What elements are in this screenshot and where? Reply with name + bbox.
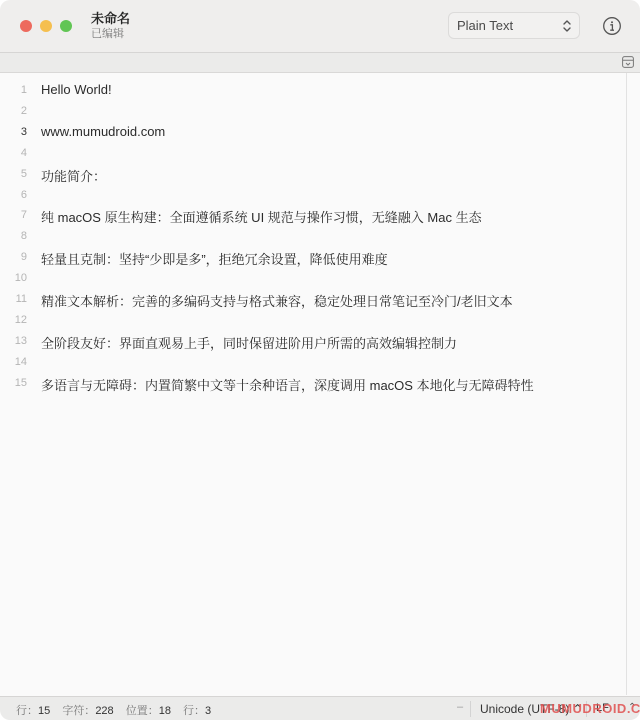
editor-line[interactable]: 6	[0, 185, 626, 206]
row-label: 行：	[183, 705, 205, 717]
editor-line[interactable]: 10	[0, 268, 626, 289]
editor-line[interactable]: 5功能简介：	[0, 164, 626, 185]
line-text: 精准文本解析：完善的多编码支持与格式兼容，稳定处理日常笔记至冷门/老旧文本	[41, 291, 513, 310]
format-select[interactable]: Plain Text	[448, 12, 580, 39]
editor-line[interactable]: 7纯 macOS 原生构建：全面遵循系统 UI 规范与操作习惯，无缝融入 Mac…	[0, 205, 626, 226]
line-text: 全阶段友好：界面直观易上手，同时保留进阶用户所需的高效编辑控制力	[41, 333, 457, 352]
line-text: 轻量且克制：坚持“少即是多”，拒绝冗余设置，降低使用难度	[41, 249, 388, 268]
editor-line[interactable]: 13全阶段友好：界面直观易上手，同时保留进阶用户所需的高效编辑控制力	[0, 331, 626, 352]
row-value: 3	[205, 705, 211, 717]
status-dash: –	[457, 701, 463, 713]
editor-line[interactable]: 2	[0, 101, 626, 122]
updown-chevron-icon	[562, 17, 572, 35]
editor-line[interactable]: 1Hello World!	[0, 80, 626, 101]
info-icon[interactable]	[602, 16, 622, 36]
document-status: 已编辑	[91, 27, 130, 41]
line-number: 10	[0, 272, 27, 284]
line-number: 1	[0, 84, 27, 96]
title-bar: 未命名 已编辑 Plain Text	[0, 0, 640, 53]
editor-line[interactable]: 11精准文本解析：完善的多编码支持与格式兼容，稳定处理日常笔记至冷门/老旧文本	[0, 289, 626, 310]
line-number: 11	[0, 293, 27, 305]
line-text: Hello World!	[41, 82, 112, 97]
line-number: 3	[0, 126, 27, 138]
position-value: 18	[159, 705, 171, 717]
close-button[interactable]	[20, 20, 32, 32]
line-number: 6	[0, 189, 27, 201]
traffic-lights	[20, 20, 72, 32]
line-text: 纯 macOS 原生构建：全面遵循系统 UI 规范与操作习惯，无缝融入 Mac …	[41, 207, 482, 226]
editor-line[interactable]: 15多语言与无障碍：内置简繁中文等十余种语言，深度调用 macOS 本地化与无障…	[0, 373, 626, 394]
line-number: 8	[0, 230, 27, 242]
line-number: 2	[0, 105, 27, 117]
lines-value: 15	[38, 705, 50, 717]
minimize-button[interactable]	[40, 20, 52, 32]
line-text: 多语言与无障碍：内置简繁中文等十余种语言，深度调用 macOS 本地化与无障碍特…	[41, 375, 534, 394]
document-title-block[interactable]: 未命名 已编辑	[91, 11, 130, 41]
chars-value: 228	[95, 705, 113, 717]
secondary-toolbar	[0, 53, 640, 73]
line-number: 5	[0, 168, 27, 180]
format-select-value: Plain Text	[457, 18, 513, 33]
zoom-button[interactable]	[60, 20, 72, 32]
text-editor-window: 未命名 已编辑 Plain Text 1Hello World!23www.mu…	[0, 0, 640, 720]
editor-line[interactable]: 8	[0, 226, 626, 247]
status-divider	[470, 701, 471, 717]
line-number: 4	[0, 147, 27, 159]
document-stats: 行：15 字符：228 位置：18 行：3	[16, 702, 220, 718]
chars-label: 字符：	[62, 705, 95, 717]
panel-toggle-icon[interactable]	[622, 56, 634, 68]
line-number: 14	[0, 356, 27, 368]
editor-line[interactable]: 3www.mumudroid.com	[0, 122, 626, 143]
watermark: MUMUDROID.COM	[540, 701, 640, 716]
line-number: 9	[0, 251, 27, 263]
document-title: 未命名	[91, 11, 130, 27]
line-number: 13	[0, 335, 27, 347]
editor-line[interactable]: 4	[0, 143, 626, 164]
line-number: 7	[0, 209, 27, 221]
line-number: 15	[0, 377, 27, 389]
line-text: www.mumudroid.com	[41, 124, 165, 139]
page-guide-line	[626, 73, 627, 695]
position-label: 位置：	[126, 705, 159, 717]
line-text: 功能简介：	[41, 166, 106, 185]
line-number: 12	[0, 314, 27, 326]
text-editor-area[interactable]: 1Hello World!23www.mumudroid.com45功能简介：6…	[0, 73, 640, 695]
editor-line[interactable]: 12	[0, 310, 626, 331]
editor-line[interactable]: 9轻量且克制：坚持“少即是多”，拒绝冗余设置，降低使用难度	[0, 247, 626, 268]
lines-label: 行：	[16, 705, 38, 717]
editor-line[interactable]: 14	[0, 352, 626, 373]
